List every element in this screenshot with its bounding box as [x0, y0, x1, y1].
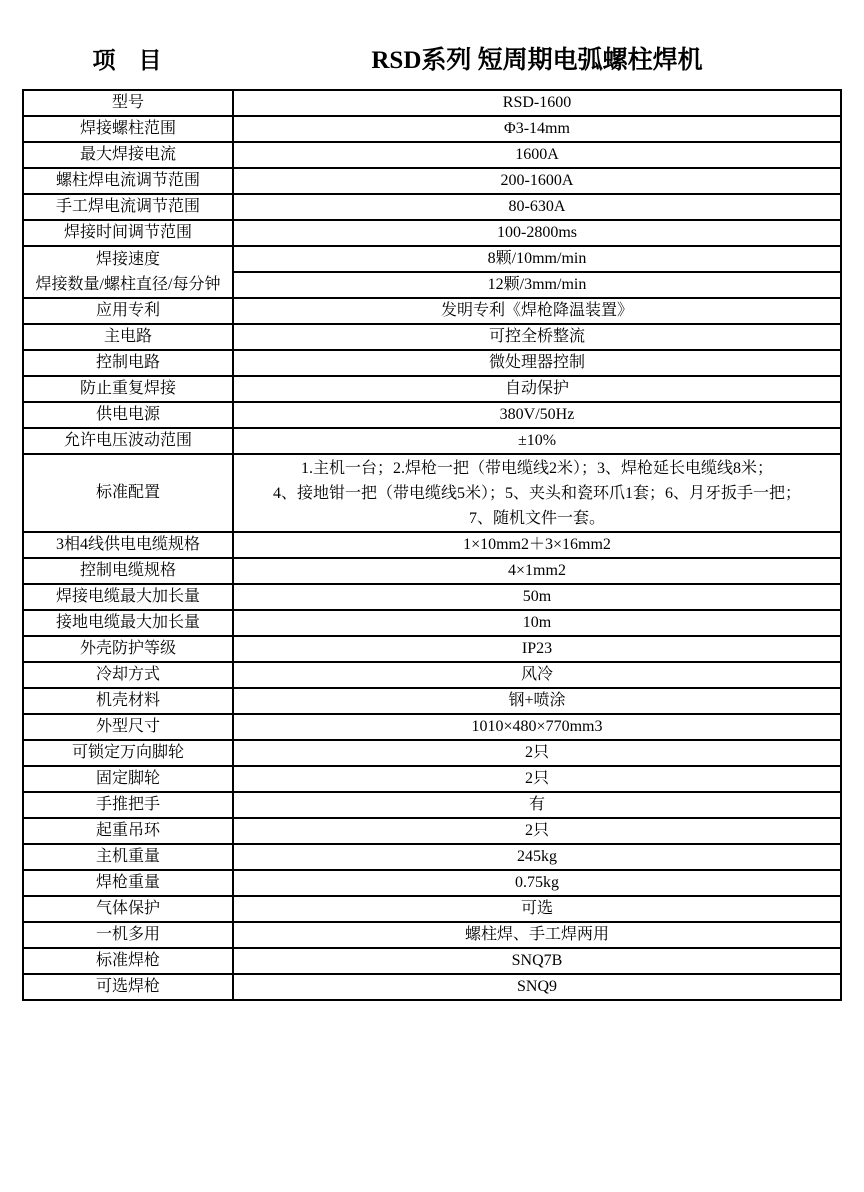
spec-value-cell: RSD-1600: [233, 90, 841, 116]
spec-value-cell: 螺柱焊、手工焊两用: [233, 922, 841, 948]
product-series-title: RSD系列 短周期电弧螺柱焊机: [232, 46, 842, 76]
spec-value-cell: 50m: [233, 584, 841, 610]
spec-row: 控制电缆规格 4×1mm2: [23, 558, 841, 584]
spec-value-cell: 风冷: [233, 662, 841, 688]
spec-label-cell: 型号: [23, 90, 233, 116]
spec-value-cell: SNQ9: [233, 974, 841, 1000]
spec-value-cell: 2只: [233, 740, 841, 766]
spec-label-cell: 应用专利: [23, 298, 233, 324]
spec-label-cell: 接地电缆最大加长量: [23, 610, 233, 636]
spec-row: 型号 RSD-1600: [23, 90, 841, 116]
spec-label-cell: 焊接电缆最大加长量: [23, 584, 233, 610]
spec-value-cell: 0.75kg: [233, 870, 841, 896]
spec-row: 起重吊环 2只: [23, 818, 841, 844]
speed-label-line1: 焊接速度: [26, 250, 230, 270]
spec-value-cell: 380V/50Hz: [233, 402, 841, 428]
spec-value-cell: ±10%: [233, 428, 841, 454]
spec-value-cell: 1600A: [233, 142, 841, 168]
config-line3: 7、随机文件一套。: [236, 506, 838, 531]
spec-row: 应用专利 发明专利《焊枪降温装置》: [23, 298, 841, 324]
spec-value-cell: 1010×480×770mm3: [233, 714, 841, 740]
spec-row-welding-speed: 焊接速度 焊接数量/螺柱直径/每分钟 8颗/10mm/min: [23, 246, 841, 272]
spec-value-cell: 12颗/3mm/min: [233, 272, 841, 298]
spec-label-cell: 控制电路: [23, 350, 233, 376]
config-line1: 1.主机一台；2.焊枪一把（带电缆线2米）；3、焊枪延长电缆线8米；: [236, 456, 838, 481]
spec-label-cell: 固定脚轮: [23, 766, 233, 792]
spec-value-cell: Φ3-14mm: [233, 116, 841, 142]
spec-row: 冷却方式 风冷: [23, 662, 841, 688]
spec-row: 手工焊电流调节范围 80-630A: [23, 194, 841, 220]
spec-rows-group-3: 3相4线供电电缆规格 1×10mm2＋3×16mm2 控制电缆规格 4×1mm2…: [23, 532, 841, 1000]
items-column-title: 项 目: [22, 46, 232, 76]
speed-label-line2: 焊接数量/螺柱直径/每分钟: [26, 275, 230, 295]
spec-row: 螺柱焊电流调节范围 200-1600A: [23, 168, 841, 194]
spec-value-cell: 发明专利《焊枪降温装置》: [233, 298, 841, 324]
spec-row: 一机多用 螺柱焊、手工焊两用: [23, 922, 841, 948]
spec-label-cell: 标准焊枪: [23, 948, 233, 974]
spec-rows-group-1: 型号 RSD-1600 焊接螺柱范围 Φ3-14mm 最大焊接电流 1600A …: [23, 90, 841, 246]
spec-row: 标准焊枪 SNQ7B: [23, 948, 841, 974]
spec-value-cell: 245kg: [233, 844, 841, 870]
spec-value-cell: 可选: [233, 896, 841, 922]
spec-label-cell: 供电电源: [23, 402, 233, 428]
spec-row: 允许电压波动范围 ±10%: [23, 428, 841, 454]
spec-label-cell: 外壳防护等级: [23, 636, 233, 662]
spec-row: 主机重量 245kg: [23, 844, 841, 870]
config-line2: 4、接地钳一把（带电缆线5米）；5、夹头和瓷环爪1套；6、月牙扳手一把；: [236, 481, 838, 506]
spec-row: 供电电源 380V/50Hz: [23, 402, 841, 428]
spec-label-cell: 手推把手: [23, 792, 233, 818]
spec-label-cell: 可选焊枪: [23, 974, 233, 1000]
spec-rows-group-2: 应用专利 发明专利《焊枪降温装置》 主电路 可控全桥整流 控制电路 微处理器控制…: [23, 298, 841, 454]
spec-row: 焊接螺柱范围 Φ3-14mm: [23, 116, 841, 142]
spec-label-cell: 标准配置: [23, 454, 233, 532]
spec-label-cell: 主电路: [23, 324, 233, 350]
spec-label-cell: 手工焊电流调节范围: [23, 194, 233, 220]
spec-table: 型号 RSD-1600 焊接螺柱范围 Φ3-14mm 最大焊接电流 1600A …: [22, 89, 842, 1001]
spec-row: 接地电缆最大加长量 10m: [23, 610, 841, 636]
spec-row: 主电路 可控全桥整流: [23, 324, 841, 350]
page-header: 项 目 RSD系列 短周期电弧螺柱焊机: [22, 46, 842, 89]
spec-value-cell: 2只: [233, 818, 841, 844]
spec-value-cell: 钢+喷涂: [233, 688, 841, 714]
spec-value-cell-config: 1.主机一台；2.焊枪一把（带电缆线2米）；3、焊枪延长电缆线8米； 4、接地钳…: [233, 454, 841, 532]
spec-row: 防止重复焊接 自动保护: [23, 376, 841, 402]
spec-label-cell: 允许电压波动范围: [23, 428, 233, 454]
spec-value-cell: 1×10mm2＋3×16mm2: [233, 532, 841, 558]
spec-label-cell: 防止重复焊接: [23, 376, 233, 402]
spec-value-cell: 微处理器控制: [233, 350, 841, 376]
spec-label-cell: 焊接螺柱范围: [23, 116, 233, 142]
spec-row: 可选焊枪 SNQ9: [23, 974, 841, 1000]
spec-value-cell: 80-630A: [233, 194, 841, 220]
spec-value-cell: 8颗/10mm/min: [233, 246, 841, 272]
spec-value-cell: SNQ7B: [233, 948, 841, 974]
spec-value-cell: 100-2800ms: [233, 220, 841, 246]
spec-label-cell: 一机多用: [23, 922, 233, 948]
spec-label-cell: 可锁定万向脚轮: [23, 740, 233, 766]
spec-sheet-page: 项 目 RSD系列 短周期电弧螺柱焊机 型号 RSD-1600 焊接螺柱范围 Φ…: [0, 46, 864, 1192]
spec-value-cell: 10m: [233, 610, 841, 636]
spec-label-cell-merged: 焊接速度 焊接数量/螺柱直径/每分钟: [23, 246, 233, 298]
spec-row: 可锁定万向脚轮 2只: [23, 740, 841, 766]
spec-row: 3相4线供电电缆规格 1×10mm2＋3×16mm2: [23, 532, 841, 558]
spec-row: 最大焊接电流 1600A: [23, 142, 841, 168]
spec-label-cell: 外型尺寸: [23, 714, 233, 740]
spec-value-cell: IP23: [233, 636, 841, 662]
spec-value-cell: 2只: [233, 766, 841, 792]
spec-label-cell: 焊枪重量: [23, 870, 233, 896]
spec-row: 控制电路 微处理器控制: [23, 350, 841, 376]
spec-label-cell: 3相4线供电电缆规格: [23, 532, 233, 558]
spec-value-cell: 200-1600A: [233, 168, 841, 194]
spec-row: 焊枪重量 0.75kg: [23, 870, 841, 896]
spec-label-cell: 气体保护: [23, 896, 233, 922]
spec-label-cell: 机壳材料: [23, 688, 233, 714]
spec-label-cell: 螺柱焊电流调节范围: [23, 168, 233, 194]
spec-row: 手推把手 有: [23, 792, 841, 818]
spec-label-cell: 主机重量: [23, 844, 233, 870]
spec-row: 机壳材料 钢+喷涂: [23, 688, 841, 714]
spec-row: 焊接电缆最大加长量 50m: [23, 584, 841, 610]
spec-label-cell: 起重吊环: [23, 818, 233, 844]
spec-value-cell: 有: [233, 792, 841, 818]
spec-value-cell: 自动保护: [233, 376, 841, 402]
spec-row: 固定脚轮 2只: [23, 766, 841, 792]
spec-label-cell: 最大焊接电流: [23, 142, 233, 168]
spec-rows-config-group: 标准配置 1.主机一台；2.焊枪一把（带电缆线2米）；3、焊枪延长电缆线8米； …: [23, 454, 841, 532]
spec-label-cell: 控制电缆规格: [23, 558, 233, 584]
spec-label-cell: 焊接时间调节范围: [23, 220, 233, 246]
spec-value-cell: 4×1mm2: [233, 558, 841, 584]
spec-value-cell: 可控全桥整流: [233, 324, 841, 350]
spec-row: 焊接时间调节范围 100-2800ms: [23, 220, 841, 246]
spec-row: 外壳防护等级 IP23: [23, 636, 841, 662]
spec-row: 外型尺寸 1010×480×770mm3: [23, 714, 841, 740]
spec-row: 气体保护 可选: [23, 896, 841, 922]
spec-label-cell: 冷却方式: [23, 662, 233, 688]
spec-rows-speed-group: 焊接速度 焊接数量/螺柱直径/每分钟 8颗/10mm/min 12颗/3mm/m…: [23, 246, 841, 298]
spec-row-standard-config: 标准配置 1.主机一台；2.焊枪一把（带电缆线2米）；3、焊枪延长电缆线8米； …: [23, 454, 841, 532]
